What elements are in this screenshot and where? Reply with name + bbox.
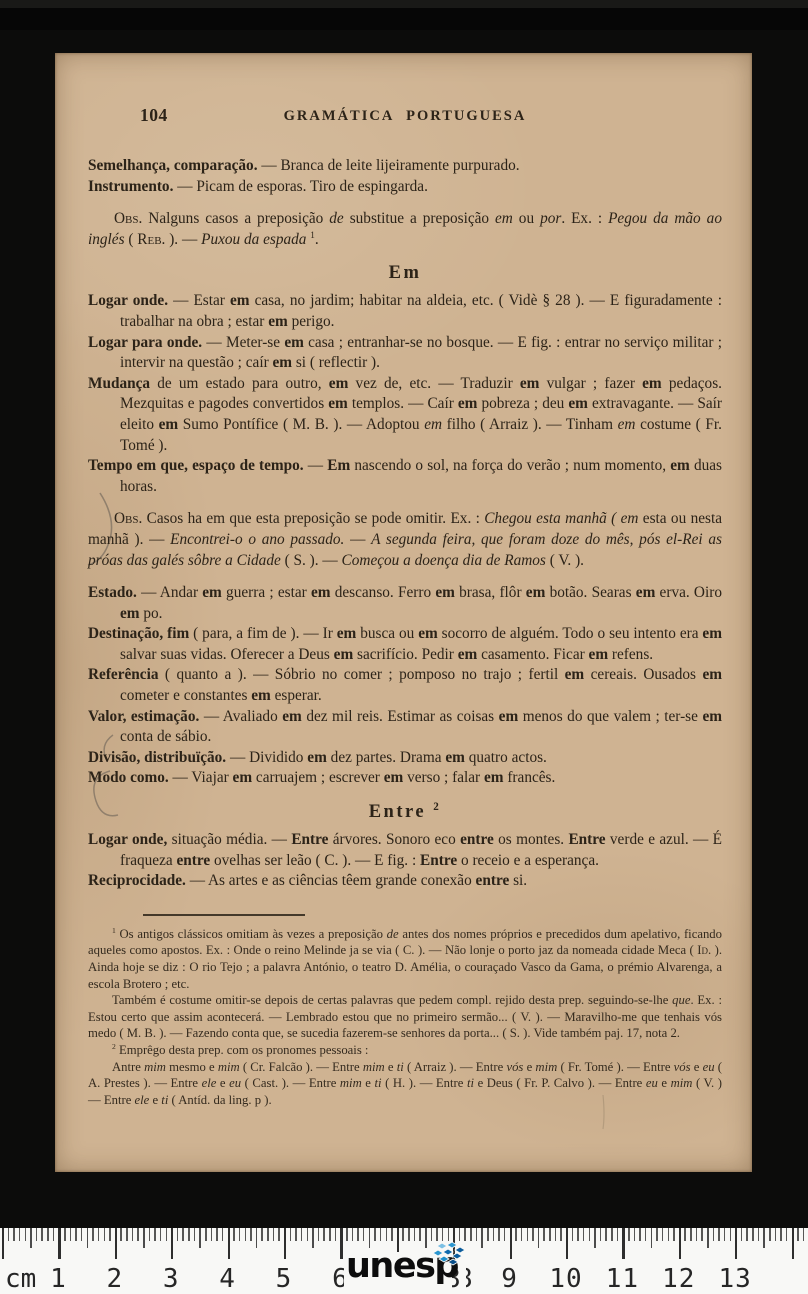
ruler-number: 12 xyxy=(662,1264,695,1294)
ruler-tick xyxy=(600,1228,602,1241)
unesp-logo: unesp xyxy=(344,1252,452,1294)
ruler-tick xyxy=(340,1228,342,1259)
ruler-tick xyxy=(81,1228,83,1241)
ruler-tick xyxy=(295,1228,297,1241)
ruler-tick xyxy=(577,1228,579,1241)
ruler-tick xyxy=(498,1228,500,1241)
ruler-tick xyxy=(622,1228,624,1259)
ruler-tick xyxy=(589,1228,591,1241)
ruler-tick xyxy=(335,1228,337,1241)
ruler-tick xyxy=(419,1228,421,1241)
ruler-tick xyxy=(639,1228,641,1241)
footnotes: 1 Os antigos clássicos omitiam às vezes … xyxy=(88,926,722,1109)
ruler-tick xyxy=(679,1228,681,1259)
ruler-tick xyxy=(256,1228,258,1248)
ruler-tick xyxy=(605,1228,607,1241)
ruler-tick xyxy=(132,1228,134,1241)
ruler-tick xyxy=(470,1228,472,1241)
ruler-unit-label: cm xyxy=(5,1264,36,1294)
ruler-tick xyxy=(115,1228,117,1259)
ruler-tick xyxy=(763,1228,765,1248)
text-block: Instrumento. — Picam de esporas. Tiro de… xyxy=(88,177,722,198)
ruler-tick xyxy=(696,1228,698,1241)
ruler-tick xyxy=(752,1228,754,1241)
ruler-tick xyxy=(583,1228,585,1241)
ruler-tick xyxy=(182,1228,184,1241)
ruler-tick xyxy=(261,1228,263,1241)
ruler-tick xyxy=(98,1228,100,1241)
ruler-tick xyxy=(668,1228,670,1241)
ruler-tick xyxy=(594,1228,596,1248)
ruler-tick xyxy=(8,1228,10,1241)
text-block: Tempo em que, espaço de tempo. — Em nasc… xyxy=(88,456,722,497)
footnote: 2 Emprêgo desta prep. com os pronomes pe… xyxy=(88,1042,722,1059)
ruler-tick xyxy=(160,1228,162,1241)
ruler-tick xyxy=(543,1228,545,1241)
ruler: cm 12345678910111213 8 unesp xyxy=(0,1228,808,1294)
ruler-tick xyxy=(521,1228,523,1241)
ruler-tick xyxy=(425,1228,427,1248)
ruler-number: 9 xyxy=(501,1264,518,1294)
text-block: Logar para onde. — Meter-se em casa ; en… xyxy=(88,333,722,374)
ruler-tick xyxy=(408,1228,410,1241)
section-heading: Em xyxy=(88,263,722,284)
ruler-number: 3 xyxy=(163,1264,180,1294)
ruler-tick xyxy=(504,1228,506,1241)
ruler-tick xyxy=(228,1228,230,1259)
ruler-tick xyxy=(92,1228,94,1241)
ruler-tick xyxy=(527,1228,529,1241)
ruler-tick xyxy=(137,1228,139,1241)
text-block: Estado. — Andar em guerra ; estar em des… xyxy=(88,583,722,624)
ruler-tick xyxy=(515,1228,517,1241)
ruler-number: 1 xyxy=(50,1264,67,1294)
ruler-tick xyxy=(718,1228,720,1241)
ruler-tick xyxy=(87,1228,89,1248)
ruler-tick xyxy=(780,1228,782,1241)
text-block: Obs. Nalguns casos a preposição de subst… xyxy=(88,209,722,250)
ruler-tick xyxy=(166,1228,168,1241)
ruler-number: 2 xyxy=(106,1264,123,1294)
ruler-tick xyxy=(109,1228,111,1241)
section-heading: Entre 2 xyxy=(88,802,722,823)
ruler-number: 13 xyxy=(719,1264,752,1294)
ruler-tick xyxy=(532,1228,534,1241)
ruler-tick xyxy=(651,1228,653,1248)
ruler-tick xyxy=(346,1228,348,1241)
page-body: Semelhança, comparação. — Branca de leit… xyxy=(88,156,722,892)
ruler-tick xyxy=(549,1228,551,1241)
ruler-tick xyxy=(64,1228,66,1241)
ruler-tick xyxy=(47,1228,49,1241)
ruler-tick xyxy=(374,1228,376,1241)
ruler-tick xyxy=(70,1228,72,1241)
text-block: Obs. Casos ha em que esta preposição se … xyxy=(88,509,722,571)
ruler-tick xyxy=(560,1228,562,1241)
text-block: Logar onde. — Estar em casa, no jardim; … xyxy=(88,291,722,332)
text-block: Mudança de um estado para outro, em vez … xyxy=(88,374,722,456)
ruler-tick xyxy=(104,1228,106,1241)
ruler-tick xyxy=(510,1228,512,1259)
page-content: 104 GRAMÁTICA PORTUGUESA Semelhança, com… xyxy=(88,53,722,1108)
ruler-tick xyxy=(792,1228,794,1259)
ruler-tick xyxy=(803,1228,805,1241)
ruler-tick xyxy=(476,1228,478,1241)
book-page: 104 GRAMÁTICA PORTUGUESA Semelhança, com… xyxy=(55,53,752,1172)
ruler-tick xyxy=(301,1228,303,1241)
footnote: Também é costume omitir-se depois de cer… xyxy=(88,992,722,1042)
ruler-tick xyxy=(41,1228,43,1241)
text-block: Semelhança, comparação. — Branca de leit… xyxy=(88,156,722,177)
ruler-tick xyxy=(493,1228,495,1241)
ruler-tick xyxy=(154,1228,156,1241)
ruler-tick xyxy=(684,1228,686,1241)
ruler-tick xyxy=(233,1228,235,1241)
page-title: GRAMÁTICA PORTUGUESA xyxy=(88,108,722,125)
ruler-tick xyxy=(143,1228,145,1248)
ruler-tick xyxy=(786,1228,788,1241)
footnote: 1 Os antigos clássicos omitiam às vezes … xyxy=(88,926,722,992)
ruler-tick xyxy=(555,1228,557,1241)
ruler-tick xyxy=(53,1228,55,1241)
footnote: Antre mim mesmo e mim ( Cr. Falcão ). — … xyxy=(88,1059,722,1109)
text-block: Reciprocidade. — As artes e as ciências … xyxy=(88,871,722,892)
ruler-tick xyxy=(690,1228,692,1241)
ruler-tick xyxy=(713,1228,715,1241)
ruler-tick xyxy=(352,1228,354,1241)
ruler-tick xyxy=(775,1228,777,1241)
ruler-tick xyxy=(414,1228,416,1241)
ruler-tick xyxy=(363,1228,365,1241)
ruler-tick xyxy=(735,1228,737,1259)
ruler-tick xyxy=(369,1228,371,1248)
text-block: Referência ( quanto a ). — Sóbrio no com… xyxy=(88,665,722,706)
ruler-tick xyxy=(245,1228,247,1241)
ruler-tick xyxy=(211,1228,213,1241)
ruler-number: 11 xyxy=(606,1264,639,1294)
ruler-tick xyxy=(741,1228,743,1241)
ruler-tick xyxy=(222,1228,224,1241)
ruler-tick xyxy=(25,1228,27,1241)
ruler-tick xyxy=(662,1228,664,1241)
ruler-tick xyxy=(267,1228,269,1241)
ruler-tick xyxy=(13,1228,15,1241)
ruler-tick xyxy=(2,1228,4,1259)
ruler-tick xyxy=(481,1228,483,1248)
ruler-tick xyxy=(58,1228,60,1259)
ruler-tick xyxy=(307,1228,309,1241)
ruler-tick xyxy=(386,1228,388,1241)
ruler-tick xyxy=(730,1228,732,1241)
ruler-tick xyxy=(149,1228,151,1241)
ruler-tick xyxy=(673,1228,675,1241)
ruler-tick xyxy=(357,1228,359,1241)
ruler-tick xyxy=(329,1228,331,1241)
ruler-tick xyxy=(645,1228,647,1241)
ruler-tick xyxy=(323,1228,325,1241)
ruler-tick xyxy=(75,1228,77,1241)
ruler-tick xyxy=(120,1228,122,1241)
ruler-tick xyxy=(617,1228,619,1241)
ruler-tick xyxy=(250,1228,252,1241)
ruler-tick xyxy=(566,1228,568,1259)
ruler-tick xyxy=(391,1228,393,1241)
ruler-tick xyxy=(746,1228,748,1241)
text-block: Divisão, distribuïção. — Dividido em dez… xyxy=(88,748,722,769)
ruler-tick xyxy=(273,1228,275,1241)
ruler-tick xyxy=(188,1228,190,1241)
text-block: Destinação, fim ( para, a fim de ). — Ir… xyxy=(88,624,722,665)
ruler-tick xyxy=(380,1228,382,1241)
ruler-tick xyxy=(290,1228,292,1241)
text-block: Valor, estimação. — Avaliado em dez mil … xyxy=(88,707,722,748)
page-header: 104 GRAMÁTICA PORTUGUESA xyxy=(88,105,722,129)
ruler-tick xyxy=(284,1228,286,1259)
ruler-tick xyxy=(758,1228,760,1241)
ruler-tick xyxy=(634,1228,636,1241)
ruler-tick xyxy=(126,1228,128,1241)
unesp-logo-icon xyxy=(432,1240,466,1270)
ruler-tick xyxy=(487,1228,489,1241)
ruler-tick xyxy=(194,1228,196,1241)
ruler-tick xyxy=(205,1228,207,1241)
ruler-tick xyxy=(572,1228,574,1241)
ruler-tick xyxy=(312,1228,314,1248)
ruler-number-partial: 8 xyxy=(466,1264,480,1294)
text-block: Modo como. — Viajar em carruajem ; escre… xyxy=(88,768,722,789)
ruler-tick xyxy=(171,1228,173,1259)
ruler-tick xyxy=(278,1228,280,1241)
ruler-tick xyxy=(707,1228,709,1248)
ruler-tick xyxy=(177,1228,179,1241)
ruler-tick xyxy=(701,1228,703,1241)
ruler-tick xyxy=(724,1228,726,1241)
ruler-tick xyxy=(538,1228,540,1248)
ruler-number: 10 xyxy=(549,1264,582,1294)
text-block: Logar onde, situação média. — Entre árvo… xyxy=(88,830,722,871)
ruler-tick xyxy=(36,1228,38,1241)
ruler-tick xyxy=(656,1228,658,1241)
ruler-tick xyxy=(769,1228,771,1241)
footnote-separator xyxy=(143,914,305,916)
ruler-tick xyxy=(628,1228,630,1241)
ruler-tick xyxy=(797,1228,799,1241)
ruler-tick xyxy=(318,1228,320,1241)
ruler-tick xyxy=(402,1228,404,1241)
ruler-number: 5 xyxy=(276,1264,293,1294)
ruler-tick xyxy=(30,1228,32,1248)
ruler-tick xyxy=(216,1228,218,1241)
ruler-tick xyxy=(611,1228,613,1241)
ruler-tick xyxy=(199,1228,201,1248)
ruler-tick xyxy=(19,1228,21,1241)
ruler-number: 4 xyxy=(219,1264,236,1294)
ruler-tick xyxy=(239,1228,241,1241)
